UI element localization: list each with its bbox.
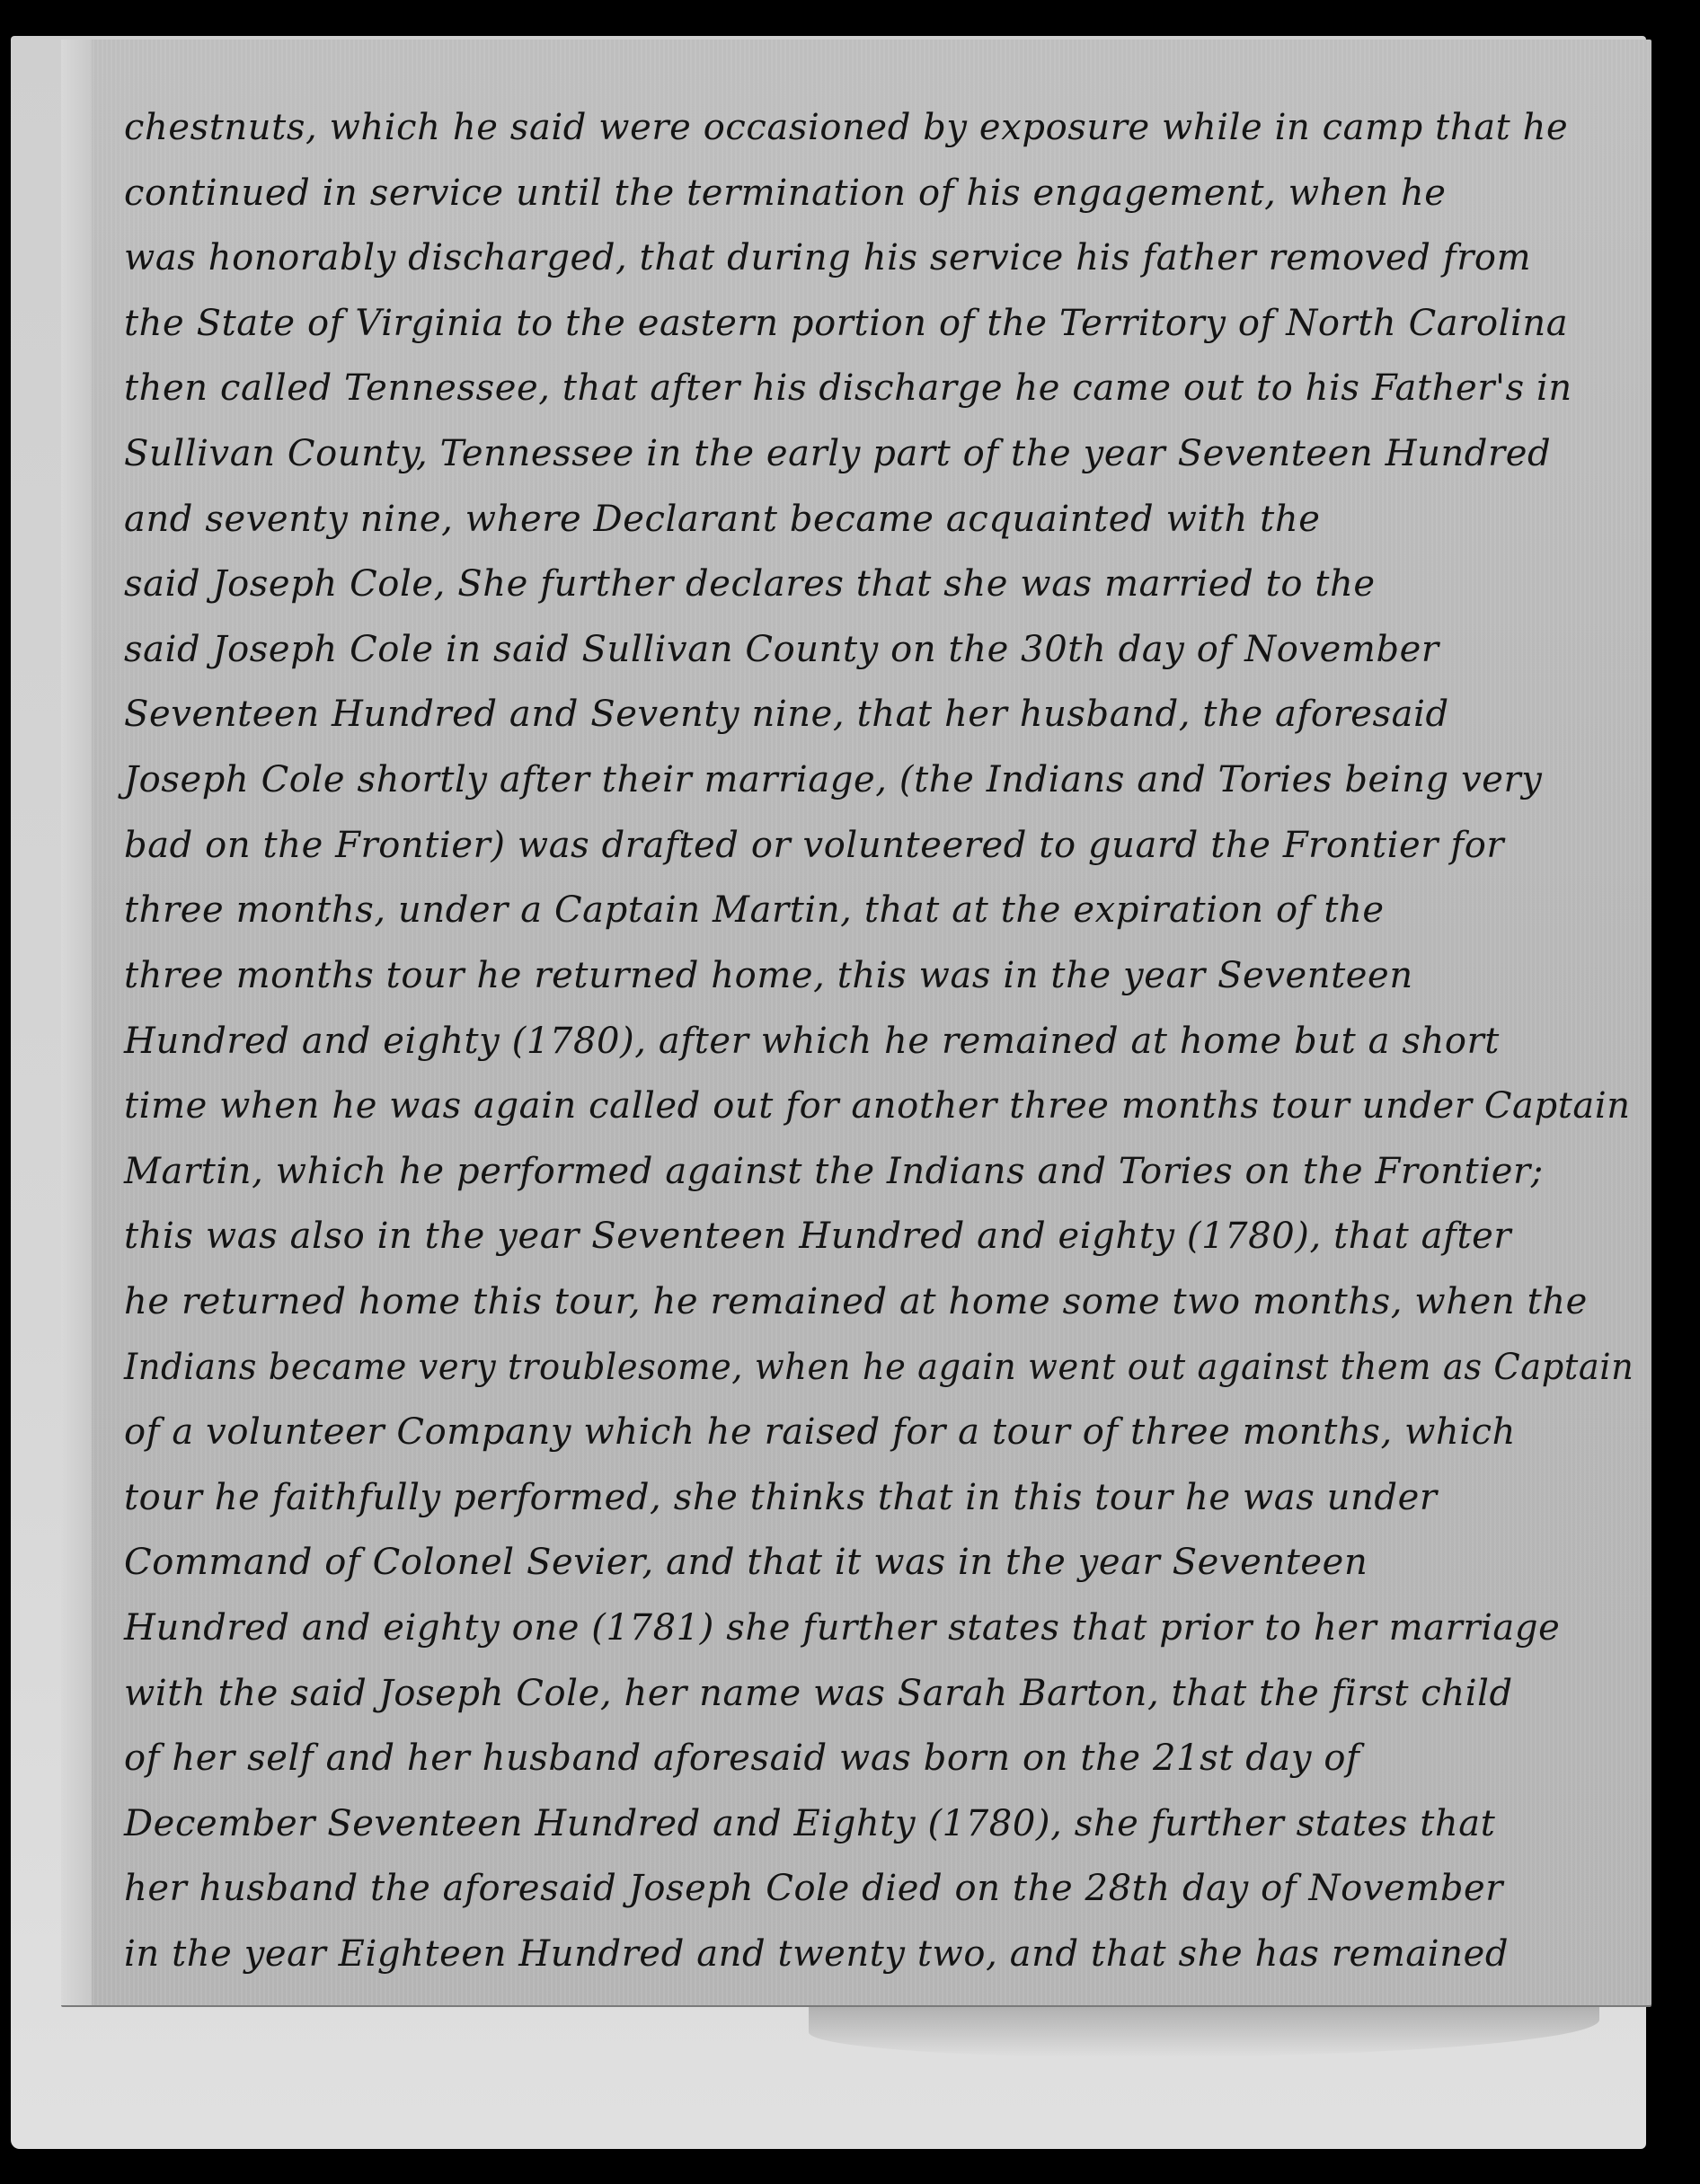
manuscript-line: with the said Joseph Cole, her name was … [124, 1661, 1634, 1727]
manuscript-line: bad on the Frontier) was drafted or volu… [124, 813, 1634, 879]
manuscript-line: her husband the aforesaid Joseph Cole di… [124, 1856, 1634, 1922]
manuscript-line: Martin, which he performed against the I… [124, 1139, 1634, 1205]
manuscript-line: Hundred and eighty one (1781) she furthe… [124, 1596, 1634, 1661]
manuscript-line: was honorably discharged, that during hi… [124, 225, 1634, 291]
manuscript-line: of a volunteer Company which he raised f… [124, 1400, 1634, 1465]
manuscript-line: and seventy nine, where Declarant became… [124, 487, 1634, 553]
manuscript-line: chestnuts, which he said were occasioned… [124, 95, 1634, 161]
manuscript-line: this was also in the year Seventeen Hund… [124, 1204, 1634, 1269]
manuscript-line: Seventeen Hundred and Seventy nine, that… [124, 682, 1634, 747]
manuscript-line: Sullivan County, Tennessee in the early … [124, 421, 1634, 487]
manuscript-line: the State of Virginia to the eastern por… [124, 291, 1634, 357]
manuscript-line: three months, under a Captain Martin, th… [124, 878, 1634, 943]
manuscript-line: Indians became very troublesome, when he… [124, 1335, 1572, 1401]
manuscript-line: said Joseph Cole in said Sullivan County… [124, 617, 1634, 683]
manuscript-line: continued in service until the terminati… [124, 161, 1634, 226]
manuscript-line: tour he faithfully performed, she thinks… [124, 1465, 1634, 1531]
manuscript-line: time when he was again called out for an… [124, 1074, 1634, 1139]
manuscript-line: said Joseph Cole, She further declares t… [124, 552, 1634, 617]
manuscript-line: he returned home this tour, he remained … [124, 1269, 1634, 1335]
manuscript-line: in the year Eighteen Hundred and twenty … [124, 1922, 1634, 1987]
manuscript-line: Command of Colonel Sevier, and that it w… [124, 1530, 1634, 1596]
manuscript-page: chestnuts, which he said were occasioned… [61, 40, 1651, 2005]
manuscript-line: of her self and her husband aforesaid wa… [124, 1726, 1634, 1791]
manuscript-line: Hundred and eighty (1780), after which h… [124, 1009, 1634, 1074]
manuscript-line: Joseph Cole shortly after their marriage… [124, 747, 1634, 813]
manuscript-line: then called Tennessee, that after his di… [124, 356, 1634, 421]
manuscript-line: three months tour he returned home, this… [124, 943, 1634, 1009]
manuscript-line: December Seventeen Hundred and Eighty (1… [124, 1791, 1634, 1857]
page-edge-strip [61, 40, 92, 2005]
handwritten-text-block: chestnuts, which he said were occasioned… [124, 95, 1634, 1987]
